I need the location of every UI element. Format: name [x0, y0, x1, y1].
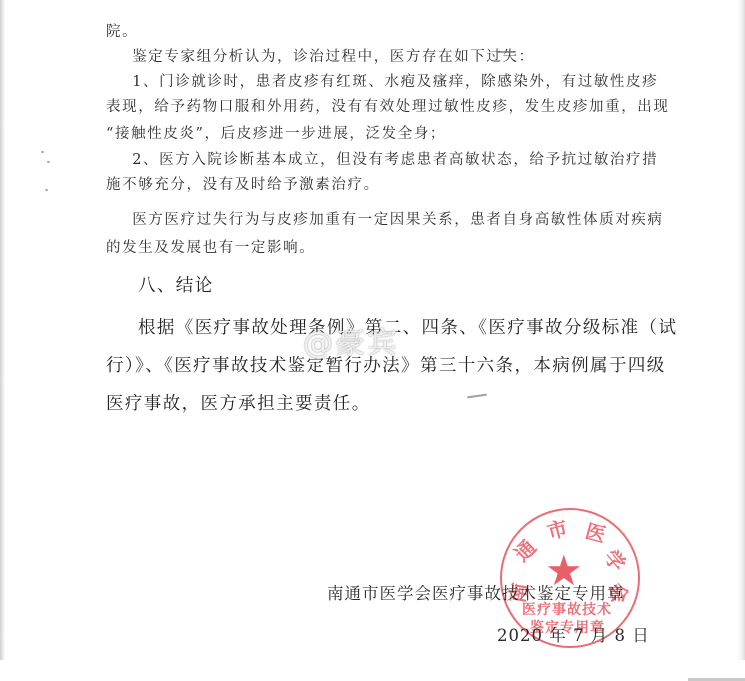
paragraph-line: 鉴定专家组分析认为，诊治过程中，医方存在如下过失：: [100, 45, 535, 66]
paragraph-line: 院。: [106, 20, 138, 41]
scan-mark: [496, 51, 516, 53]
paragraph-line: 施不够充分，没有及时给予激素治疗。: [106, 173, 380, 194]
scan-right-edge: [737, 0, 745, 660]
paragraph-line: “接触性皮炎”，后皮疹进一步进展，泛发全身；: [106, 122, 446, 143]
scan-mark: [467, 394, 487, 399]
scanned-document-page: 院。 鉴定专家组分析认为，诊治过程中，医方存在如下过失： 1、门诊就诊时，患者皮…: [0, 0, 745, 681]
signature-organization: 南通市医学会医疗事故技术鉴定专用章: [327, 580, 625, 604]
watermark: @豪宾: [303, 318, 399, 362]
conclusion-heading: 八、结论: [138, 272, 214, 297]
scan-speck: [47, 161, 50, 163]
scan-left-edge: [0, 0, 5, 660]
conclusion-line: 根据《医疗事故处理条例》第二、四条、《医疗事故分级标准（试: [138, 314, 677, 339]
paragraph-line: 2、医方入院诊断基本成立，但没有考虑患者高敏状态，给予抗过敏治疗措: [100, 148, 658, 169]
paragraph-line: 1、门诊就诊时，患者皮疹有红斑、水疱及瘙痒，除感染外，有过敏性皮疹: [100, 70, 658, 91]
signature-date: 2020 年 7 月 8 日: [497, 622, 650, 646]
paragraph-line: 的发生及发展也有一定影响。: [106, 236, 315, 257]
paragraph-line: 医方医疗过失行为与皮疹加重有一定因果关系，患者自身高敏性体质对疾病: [100, 208, 664, 229]
scan-speck: [41, 151, 44, 153]
conclusion-line: 医疗事故，医方承担主要责任。: [106, 390, 371, 415]
paragraph-line: 表现，给予药物口服和外用药，没有有效处理过敏性皮疹，发生皮疹加重，出现: [106, 95, 670, 116]
scan-speck: [45, 189, 48, 191]
